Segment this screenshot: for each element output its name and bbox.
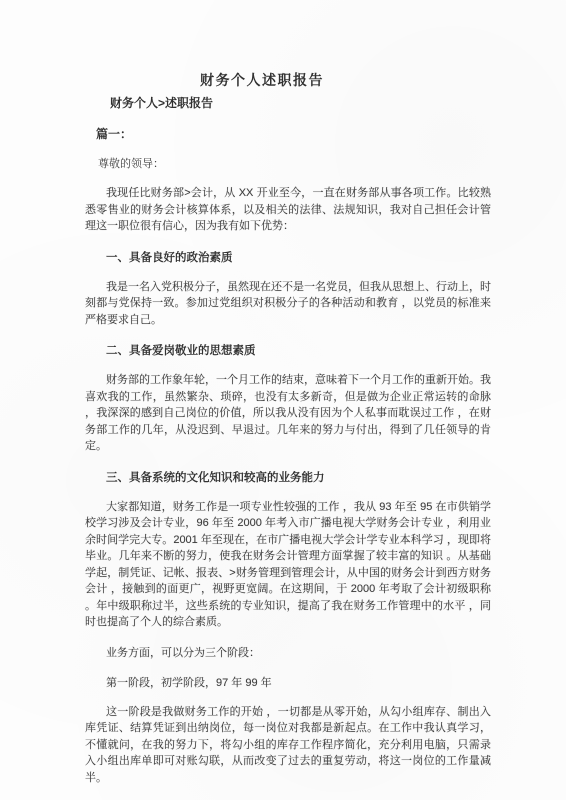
stage-one-paragraph: 这一阶段是我做财务工作的开始 ，一切都是从零开始，从勾小组库存、制出入库凭证、结… [85,704,491,787]
professional-knowledge-paragraph: 大家都知道，财务工作是一项专业性较强的工作 ，我从 93 年至 95 在市供销学… [85,499,491,631]
document-content: 财务个人述职报告 财务个人>述职报告 篇一： 尊敬的领导： 我现任比财务部>会计… [0,0,566,786]
salutation: 尊敬的领导： [85,156,491,172]
intro-paragraph: 我现任比财务部>会计，从 XX 开业至今，一直在财务部从事各项工作。比较熟悉零售… [85,185,491,235]
heading-political-quality: 一、具备良好的政治素质 [85,250,491,266]
piece-one-label: 篇一： [85,126,491,142]
breadcrumb: 财务个人>述职报告 [85,95,491,111]
work-dedication-paragraph: 财务部的工作象年轮，一个月工作的结束，意味着下一个月工作的重新开始。我喜欢我的工… [85,372,491,455]
heading-professional-knowledge: 三、具备系统的文化知识和较高的业务能力 [85,470,491,486]
document-title: 财务个人述职报告 [59,72,465,89]
document-page: 财务个人述职报告 财务个人>述职报告 篇一： 尊敬的领导： 我现任比财务部>会计… [0,0,566,800]
political-quality-paragraph: 我是一名入党积极分子，虽然现在还不是一名党员，但我从思想上、行动上，时刻都与党保… [85,279,491,329]
heading-work-dedication: 二、具备爱岗敬业的思想素质 [85,343,491,359]
stage-one-title-line: 第一阶段，初学阶段，97 年 99 年 [85,675,491,691]
stages-intro-line: 业务方面，可以分为三个阶段： [85,645,491,661]
